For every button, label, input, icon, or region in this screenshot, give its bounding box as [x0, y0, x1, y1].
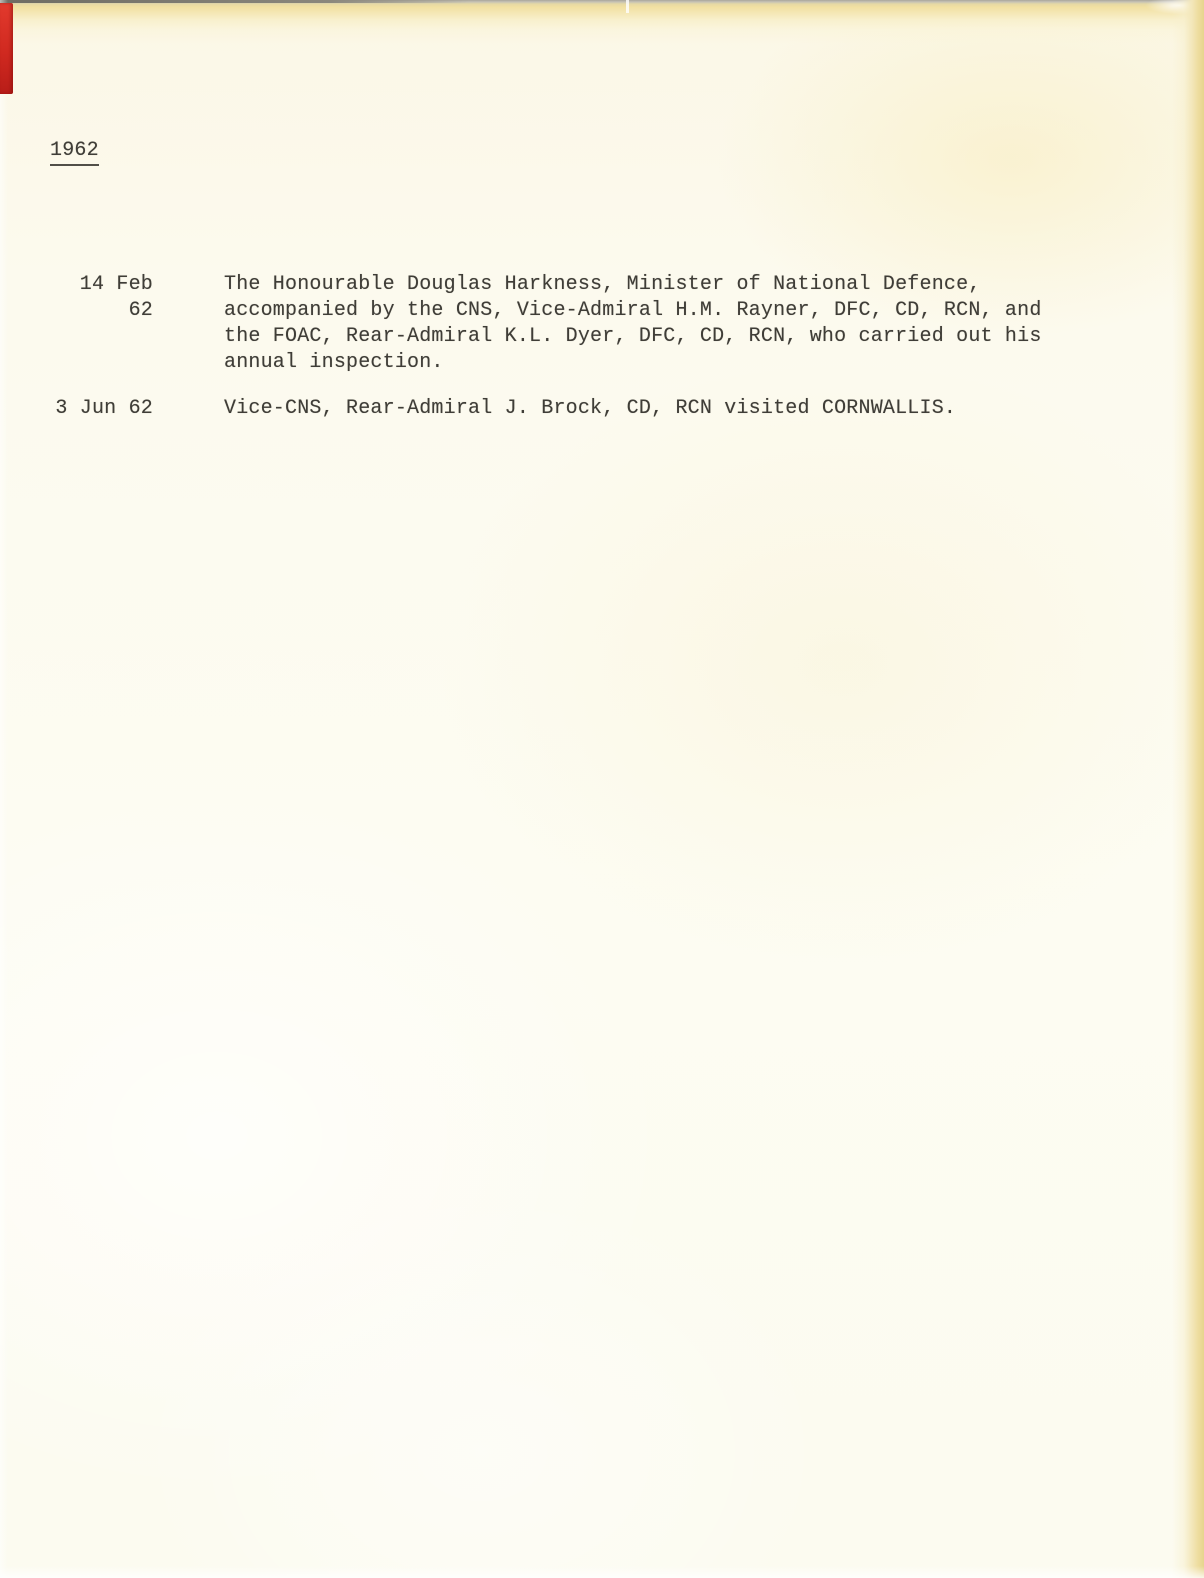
page-right-edge: [1172, 0, 1204, 1578]
scanned-page: 1962 14 Feb 62 The Honourable Douglas Ha…: [0, 0, 1204, 1578]
page-bottom-edge: [0, 1566, 1204, 1578]
page-corner-highlight: [1124, 0, 1204, 18]
entry-text: Vice-CNS, Rear-Admiral J. Brock, CD, RCN…: [224, 396, 1094, 422]
entry-text: The Honourable Douglas Harkness, Ministe…: [224, 272, 1094, 376]
page-top-edge: [0, 0, 1204, 44]
page-top-edge-shadow: [0, 0, 470, 3]
entry-date: 14 Feb 62: [45, 272, 153, 324]
page-top-notch: [626, 0, 629, 13]
page-left-edge: [0, 0, 8, 1578]
red-margin-mark: [0, 3, 13, 94]
entry-date: 3 Jun 62: [45, 396, 153, 422]
year-heading: 1962: [50, 138, 99, 166]
